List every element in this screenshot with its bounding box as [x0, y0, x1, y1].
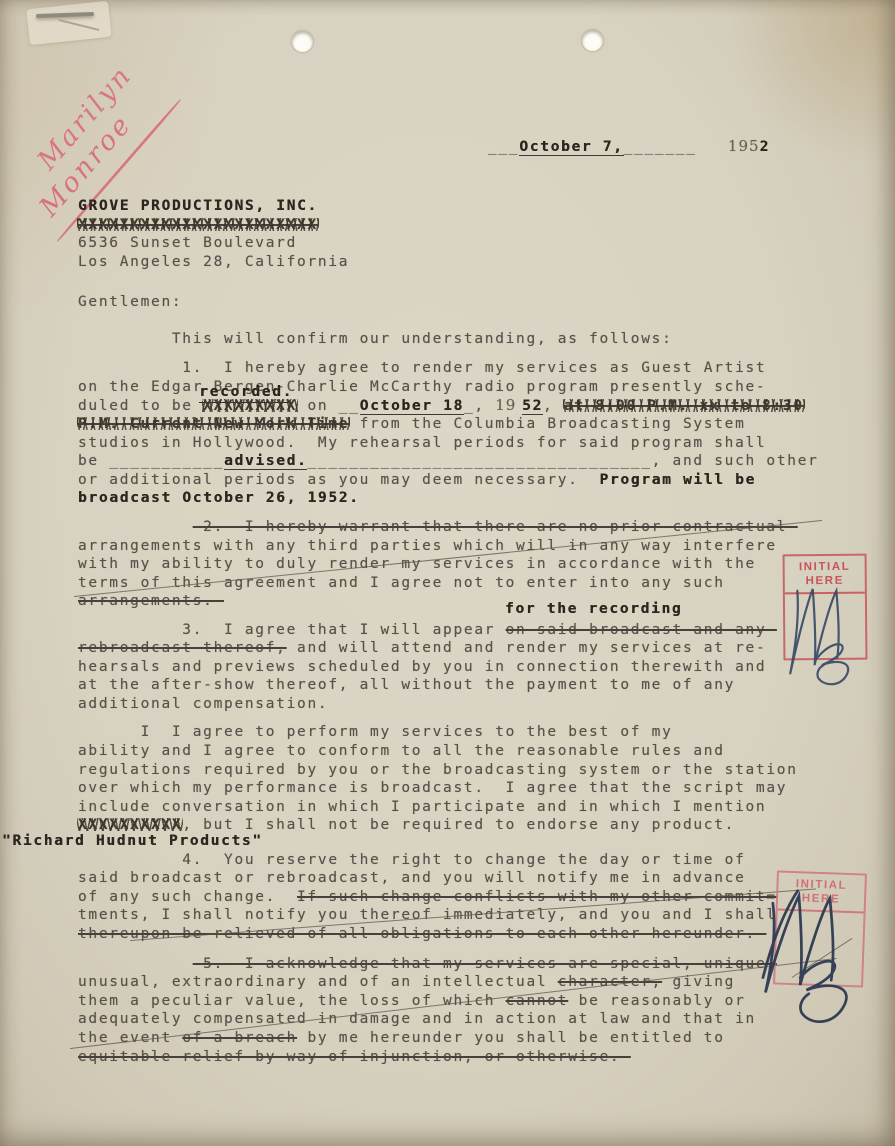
- text-segment: hearsals and previews scheduled by you i…: [78, 659, 766, 675]
- text-segment: terms of this agreement and I agree not …: [78, 575, 725, 591]
- text-segment: _,: [464, 398, 495, 414]
- doc-line: P.M. Current New York Time from the Colu…: [78, 415, 848, 434]
- doc-line: with my ability to duly render my servic…: [78, 555, 848, 574]
- text-segment: at the after-show thereof, all without t…: [78, 677, 735, 693]
- text-segment: unusual, extraordinary and of an intelle…: [78, 974, 558, 990]
- doc-line: 3. I agree that I will appear on said br…: [78, 621, 848, 640]
- doc-line: ability and I agree to conform to all th…: [78, 742, 848, 761]
- text-segment: from the Columbia Broadcasting System: [349, 416, 745, 432]
- doc-line: 1. I hereby agree to render my services …: [78, 359, 848, 378]
- text-segment: and will attend and render my services a…: [287, 640, 767, 656]
- text-segment: ___: [488, 139, 519, 155]
- xed-out-text: at 8:00 P.M. xx to 8:30: [564, 398, 804, 414]
- text-segment: 6536 Sunset Boulevard: [78, 235, 297, 251]
- text-segment: ,: [543, 398, 564, 414]
- doc-line: rebroadcast thereof, and will attend and…: [78, 639, 848, 658]
- text-segment: ability and I agree to conform to all th…: [78, 743, 725, 759]
- doc-line: I I agree to perform my services to the …: [78, 723, 848, 742]
- text-segment: said broadcast or rebroadcast, and you w…: [78, 870, 746, 886]
- text-segment: studios in Hollywood. My rehearsal perio…: [78, 435, 766, 451]
- text-segment: include conversation in which I particip…: [78, 799, 766, 815]
- text-segment: __: [339, 398, 360, 414]
- struck-text: 5. I acknowledge that my services are sp…: [193, 956, 777, 972]
- doc-line: regulations required by you or the broad…: [78, 761, 848, 780]
- overtyped-group: recorded.XXXXXXXXX: [203, 397, 297, 416]
- punch-hole-right: [582, 30, 603, 51]
- text-segment: ___________: [109, 453, 224, 469]
- paragraph-p1: 1. I hereby agree to render my services …: [78, 359, 848, 508]
- doc-line: 2. I hereby warrant that there are no pr…: [78, 518, 848, 537]
- initials-ink-1: [784, 578, 876, 696]
- typed-insert-text: 2: [760, 139, 770, 155]
- letter-body: Gentlemen: This will confirm our underst…: [78, 293, 848, 1066]
- xed-out-text: XXXXXXXXX: [203, 398, 297, 414]
- doc-line: hearsals and previews scheduled by you i…: [78, 658, 848, 677]
- typed-insert-text: for the recording: [505, 601, 682, 617]
- paragraph-p5: 5. I acknowledge that my services are sp…: [78, 955, 848, 1067]
- xed-out-text: XXXXXXXXXX: [78, 817, 182, 833]
- text-segment: adequately compensated in damage and in …: [78, 1011, 756, 1027]
- paragraph-p2: 2. I hereby warrant that there are no pr…: [78, 518, 848, 611]
- text-segment: _________________________________: [307, 453, 651, 469]
- doc-line: be ___________advised.__________________…: [78, 452, 848, 471]
- doc-line: duled to be recorded.XXXXXXXXX on __Octo…: [78, 396, 848, 415]
- text-segment: , but I shall not be required to endorse…: [182, 817, 735, 833]
- text-segment: Gentlemen:: [78, 294, 182, 310]
- doc-line: at the after-show thereof, all without t…: [78, 676, 848, 695]
- fill-in-text: advised.: [224, 453, 307, 470]
- text-segment: or additional periods as you may deem ne…: [78, 472, 600, 488]
- paragraph-salutation: Gentlemen:: [78, 293, 848, 312]
- doc-line: additional compensation.: [78, 695, 848, 714]
- doc-line: on the Edgar Bergen-Charlie McCarthy rad…: [78, 378, 848, 397]
- text-segment: of any such change.: [78, 889, 297, 905]
- typed-insert-text: "Richard Hudnut Products": [2, 833, 263, 849]
- doc-line: broadcast October 26, 1952.: [78, 489, 848, 508]
- paragraph-services: I I agree to perform my services to the …: [78, 723, 848, 835]
- text-segment: _______: [624, 139, 697, 155]
- text-segment: with my ability to duly render my servic…: [78, 556, 756, 572]
- fill-in-text: October 7,: [519, 139, 623, 156]
- doc-line: Los Angeles 28, California: [78, 253, 349, 272]
- text-segment: duled to be: [78, 398, 203, 414]
- typed-insert-text: GROVE PRODUCTIONS, INC.: [78, 198, 318, 214]
- xed-out-text: P.M. Current New York Time: [78, 416, 349, 432]
- preprinted-text: 195: [728, 137, 760, 155]
- text-segment: on the Edgar Bergen-Charlie McCarthy rad…: [78, 379, 766, 395]
- text-segment: [697, 139, 728, 155]
- text-segment: [78, 519, 193, 535]
- doc-line: Gentlemen:: [78, 293, 848, 312]
- doc-line: adequately compensated in damage and in …: [78, 1010, 848, 1029]
- doc-line: said broadcast or rebroadcast, and you w…: [78, 869, 848, 888]
- doc-line: equitable relief by way of injunction, o…: [78, 1048, 848, 1067]
- text-segment: be: [78, 453, 109, 469]
- struck-text: on said broadcast and any: [506, 622, 777, 638]
- text-segment: over which my performance is broadcast. …: [78, 780, 787, 796]
- doc-line: 6536 Sunset Boulevard: [78, 234, 349, 253]
- stamp-label-line1: INITIAL: [785, 561, 865, 575]
- punch-hole-left: [292, 31, 313, 52]
- date-line: ___October 7,_______ 1952: [488, 137, 770, 156]
- text-segment: additional compensation.: [78, 696, 328, 712]
- text-segment: Los Angeles 28, California: [78, 254, 349, 270]
- struck-text: rebroadcast thereof,: [78, 640, 287, 656]
- text-segment: regulations required by you or the broad…: [78, 762, 798, 778]
- paragraph-confirm: This will confirm our understanding, as …: [78, 330, 848, 349]
- doc-line: 4. You reserve the right to change the d…: [78, 851, 848, 870]
- text-segment: the event: [78, 1030, 182, 1046]
- text-segment: be reasonably or: [568, 993, 745, 1009]
- doc-line: This will confirm our understanding, as …: [78, 330, 848, 349]
- text-segment: 3. I agree that I will appear: [78, 622, 506, 638]
- text-segment: tments, I shall notify you thereof immed…: [78, 907, 777, 923]
- doc-line: XXXXXXXXXXXXXXXXXXXXXXX: [78, 216, 349, 235]
- doc-line: arrangements with any third parties whic…: [78, 537, 848, 556]
- text-segment: This will confirm our understanding, as …: [78, 331, 673, 347]
- xed-out-text: XXXXXXXXXXXXXXXXXXXXXXX: [78, 217, 318, 233]
- recipient-address-block: GROVE PRODUCTIONS, INC.XXXXXXXXXXXXXXXXX…: [78, 197, 349, 271]
- text-segment: I I agree to perform my services to the …: [78, 724, 673, 740]
- doc-line: over which my performance is broadcast. …: [78, 779, 848, 798]
- doc-line: unusual, extraordinary and of an intelle…: [78, 973, 848, 992]
- struck-text: thereupon be relieved of all obligations…: [78, 926, 766, 942]
- typed-insert-text: broadcast October 26, 1952.: [78, 490, 360, 506]
- handwritten-name-annotation: Marilyn Monroe: [0, 0, 283, 335]
- doc-line: or additional periods as you may deem ne…: [78, 471, 848, 490]
- text-segment: , and such other: [652, 453, 819, 469]
- text-segment: them a peculiar value, the loss of which: [78, 993, 506, 1009]
- doc-line: of any such change. If such change confl…: [78, 888, 848, 907]
- struck-text: equitable relief by way of injunction, o…: [78, 1049, 631, 1065]
- text-segment: 4. You reserve the right to change the d…: [78, 852, 746, 868]
- scanned-letter-page: Marilyn Monroe ___October 7,_______ 1952…: [0, 0, 895, 1146]
- struck-text: arrangements.: [78, 593, 224, 609]
- paragraph-p3: 3. I agree that I will appear on said br…: [78, 621, 848, 714]
- fill-in-text: 52: [522, 398, 543, 415]
- initials-ink-2: [758, 876, 882, 1052]
- doc-line: GROVE PRODUCTIONS, INC.: [78, 197, 349, 216]
- text-segment: on: [297, 398, 339, 414]
- doc-line: studios in Hollywood. My rehearsal perio…: [78, 434, 848, 453]
- text-segment: arrangements with any third parties whic…: [78, 538, 777, 554]
- typed-insert-text: Program will be: [600, 472, 756, 488]
- doc-line: the event of a breach by me hereunder yo…: [78, 1029, 848, 1048]
- paragraph-p4: 4. You reserve the right to change the d…: [78, 851, 848, 944]
- doc-line: ___October 7,_______ 1952: [488, 137, 770, 156]
- text-segment: by me hereunder you shall be entitled to: [297, 1030, 725, 1046]
- fill-in-text: October 18: [360, 398, 464, 415]
- doc-line: include conversation in which I particip…: [78, 798, 848, 817]
- text-segment: 1. I hereby agree to render my services …: [78, 360, 766, 376]
- text-segment: [78, 956, 193, 972]
- paragraphs-container: Gentlemen: This will confirm our underst…: [78, 293, 848, 1066]
- preprinted-text: 19: [495, 396, 522, 414]
